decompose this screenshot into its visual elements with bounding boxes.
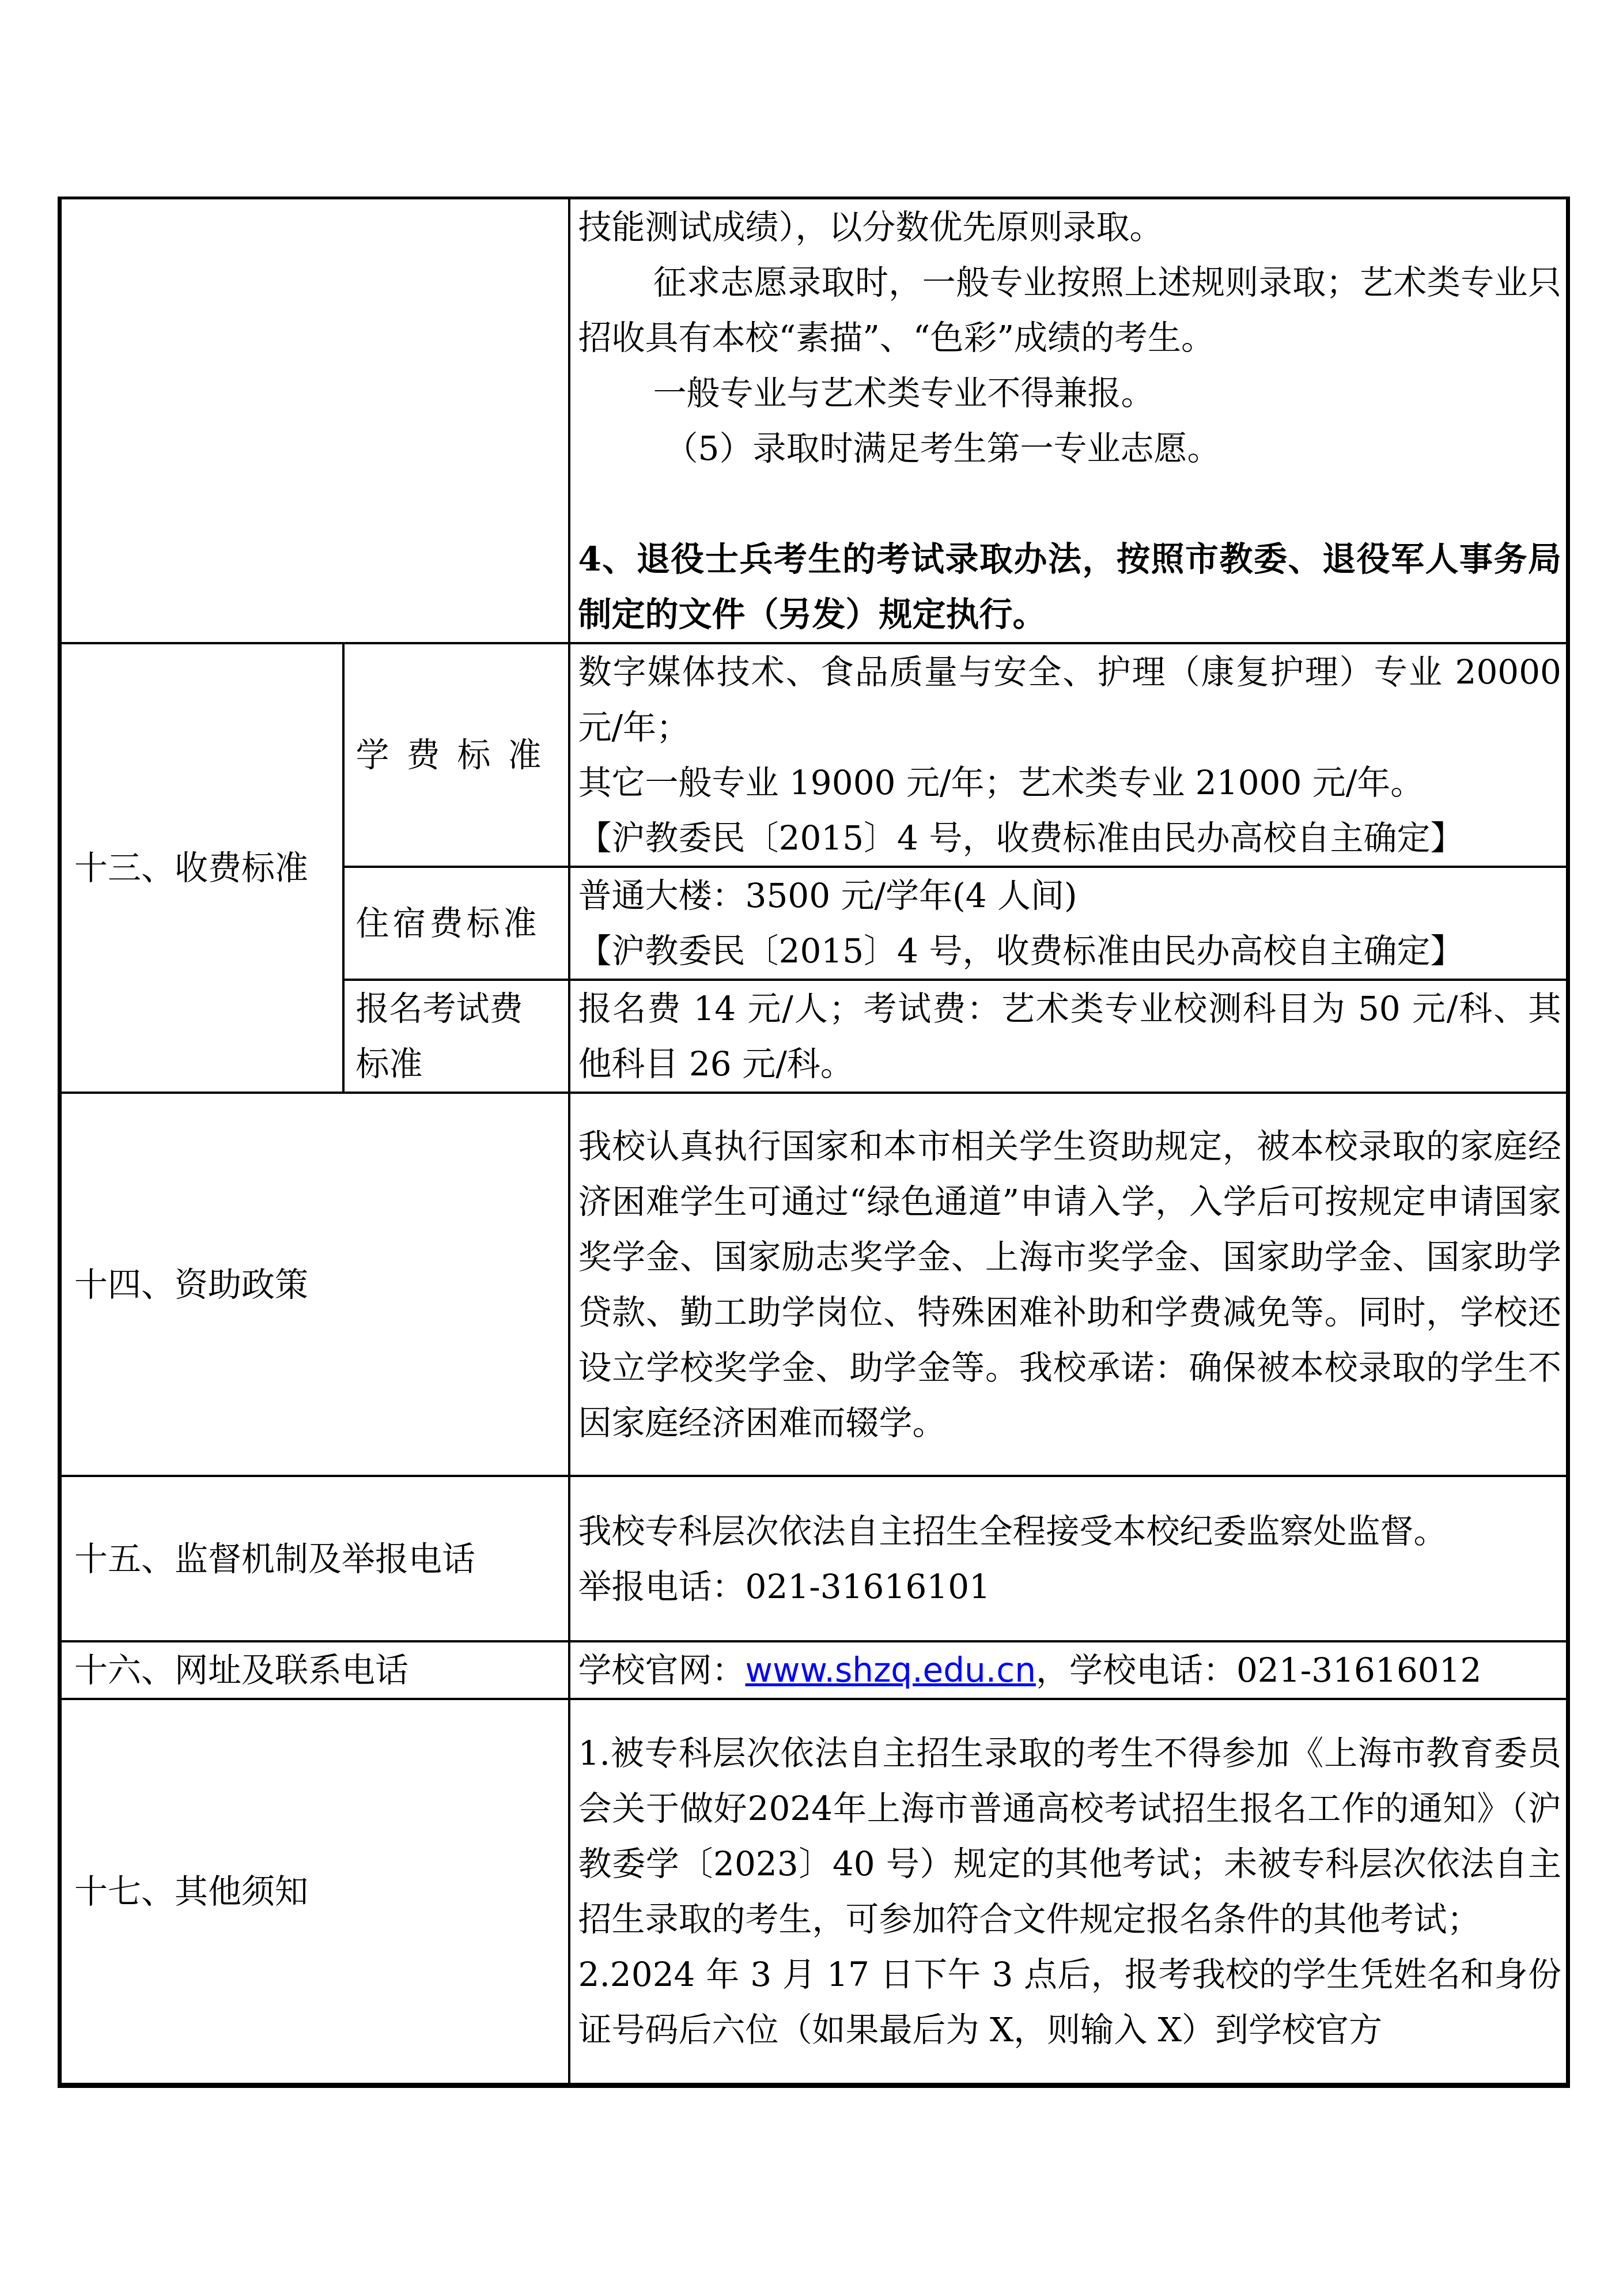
accommodation-line: 普通大楼：3500 元/学年(4 人间)	[578, 868, 1562, 923]
continuation-line: （5）录取时满足考生第一专业志愿。	[578, 421, 1562, 476]
section-label-notes: 十七、其他须知	[60, 1699, 569, 2085]
note-item: 1.被专科层次依法自主招生录取的考生不得参加《上海市教育委员会关于做好2024年…	[578, 1725, 1562, 1947]
aid-content: 我校认真执行国家和本市相关学生资助规定，被本校录取的家庭经济困难学生可通过“绿色…	[569, 1093, 1568, 1476]
tuition-line: 其它一般专业 19000 元/年；艺术类专业 21000 元/年。	[578, 755, 1562, 810]
sub-label-tuition: 学费标准	[343, 643, 569, 867]
supervision-row: 十五、监督机制及举报电话 我校专科层次依法自主招生全程接受本校纪委监察处监督。 …	[60, 1476, 1568, 1641]
section-label-contact: 十六、网址及联系电话	[60, 1641, 569, 1699]
tuition-line: 数字媒体技术、食品质量与安全、护理（康复护理）专业 20000 元/年；	[578, 644, 1562, 755]
notes-row: 十七、其他须知 1.被专科层次依法自主招生录取的考生不得参加《上海市教育委员会关…	[60, 1699, 1568, 2085]
note-item: 2.2024 年 3 月 17 日下午 3 点后，报考我校的学生凭姓名和身份证号…	[578, 1947, 1562, 2057]
accommodation-content: 普通大楼：3500 元/学年(4 人间) 【沪教委民〔2015〕4 号，收费标准…	[569, 867, 1568, 980]
accommodation-line: 【沪教委民〔2015〕4 号，收费标准由民办高校自主确定】	[578, 923, 1562, 979]
supervision-content: 我校专科层次依法自主招生全程接受本校纪委监察处监督。 举报电话：021-3161…	[569, 1476, 1568, 1641]
exam-fee-content: 报名费 14 元/人；考试费：艺术类专业校测科目为 50 元/科、其他科目 26…	[569, 980, 1568, 1093]
website-label: 学校官网：	[578, 1651, 746, 1690]
continuation-line: 技能测试成绩），以分数优先原则录取。	[578, 199, 1562, 255]
school-phone: ，学校电话：021-31616012	[1036, 1651, 1482, 1690]
website-link[interactable]: www.shzq.edu.cn	[746, 1651, 1036, 1690]
admission-info-table: 技能测试成绩），以分数优先原则录取。 征求志愿录取时，一般专业按照上述规则录取；…	[58, 197, 1570, 2088]
tuition-line: 【沪教委民〔2015〕4 号，收费标准由民办高校自主确定】	[578, 810, 1562, 866]
hotline-text: 举报电话：021-31616101	[578, 1559, 1562, 1614]
continuation-label-cell	[60, 198, 569, 644]
aid-row: 十四、资助政策 我校认真执行国家和本市相关学生资助规定，被本校录取的家庭经济困难…	[60, 1093, 1568, 1476]
continuation-row: 技能测试成绩），以分数优先原则录取。 征求志愿录取时，一般专业按照上述规则录取；…	[60, 198, 1568, 644]
fees-tuition-row: 十三、收费标准 学费标准 数字媒体技术、食品质量与安全、护理（康复护理）专业 2…	[60, 643, 1568, 867]
contact-row: 十六、网址及联系电话 学校官网：www.shzq.edu.cn，学校电话：021…	[60, 1641, 1568, 1699]
section-label-supervision: 十五、监督机制及举报电话	[60, 1476, 569, 1641]
section-label-fees: 十三、收费标准	[60, 643, 343, 1093]
tuition-content: 数字媒体技术、食品质量与安全、护理（康复护理）专业 20000 元/年； 其它一…	[569, 643, 1568, 867]
section-label-aid: 十四、资助政策	[60, 1093, 569, 1476]
sub-label-exam: 报名考试费标准	[343, 980, 569, 1093]
supervision-text: 我校专科层次依法自主招生全程接受本校纪委监察处监督。	[578, 1504, 1562, 1559]
contact-content: 学校官网：www.shzq.edu.cn，学校电话：021-31616012	[569, 1641, 1568, 1699]
veteran-note: 4、退役士兵考生的考试录取办法，按照市教委、退役军人事务局制定的文件（另发）规定…	[578, 531, 1562, 642]
sub-label-accommodation: 住宿费标准	[343, 867, 569, 980]
continuation-line: 一般专业与艺术类专业不得兼报。	[578, 365, 1562, 421]
notes-content: 1.被专科层次依法自主招生录取的考生不得参加《上海市教育委员会关于做好2024年…	[569, 1699, 1568, 2085]
continuation-line: 征求志愿录取时，一般专业按照上述规则录取；艺术类专业只招收具有本校“素描”、“色…	[578, 255, 1562, 365]
blank-line	[578, 476, 1562, 531]
continuation-content: 技能测试成绩），以分数优先原则录取。 征求志愿录取时，一般专业按照上述规则录取；…	[569, 198, 1568, 644]
